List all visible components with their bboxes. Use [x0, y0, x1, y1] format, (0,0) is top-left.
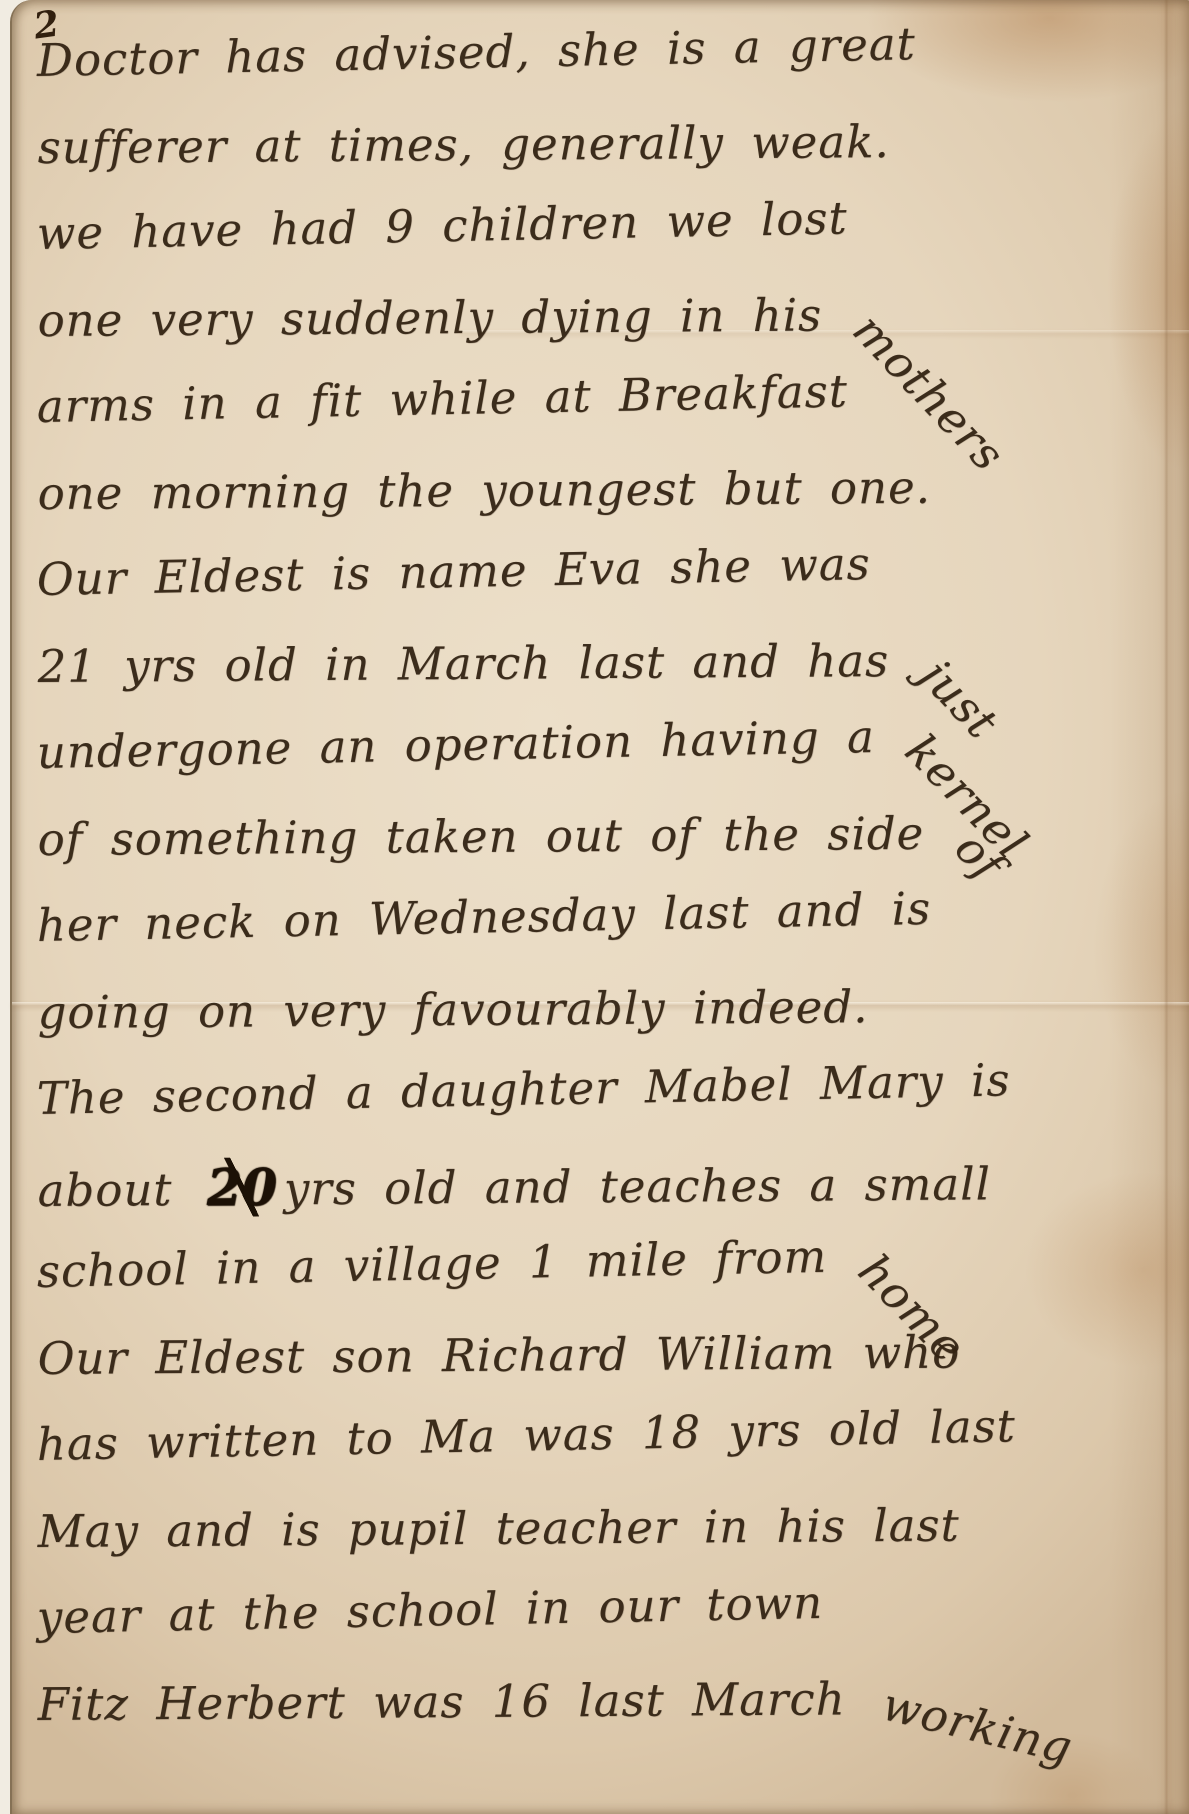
letter-line: Fitz Herbert was 16 last March working [37, 1670, 1171, 1764]
letter-text-segment: one morning the youngest but one. [37, 460, 931, 519]
letter-text-segment: Our Eldest son Richard William who [37, 1325, 960, 1384]
letter-text-segment: yrs old and teaches a small [284, 1157, 991, 1215]
letter-text-segment: sufferer at times, generally weak. [37, 115, 889, 174]
letter-page: 2 Doctor has advised, she is a great suf… [10, 0, 1189, 1814]
letter-text-segment: going on very favourably indeed. [37, 980, 868, 1039]
letter-text-segment: Fitz Herbert was 16 last March [37, 1672, 845, 1731]
letter-text-segment: of something taken out of the side [37, 806, 924, 865]
letter-text-segment: one very suddenly dying in his [37, 288, 822, 346]
letter-text-segment: about [37, 1163, 172, 1217]
overwritten-number: 20 [204, 1157, 281, 1217]
letter-body: Doctor has advised, she is a great suffe… [38, 34, 1171, 1764]
letter-text-segment: Doctor has advised, she is a great [36, 17, 916, 87]
letter-line: Doctor has advised, she is a great [36, 12, 1170, 120]
letter-text-segment: working [878, 1677, 1079, 1774]
letter-text-segment: 21 yrs old in March last and has [37, 634, 889, 693]
letter-text-segment: May and is pupil teacher in his last [37, 1498, 959, 1557]
